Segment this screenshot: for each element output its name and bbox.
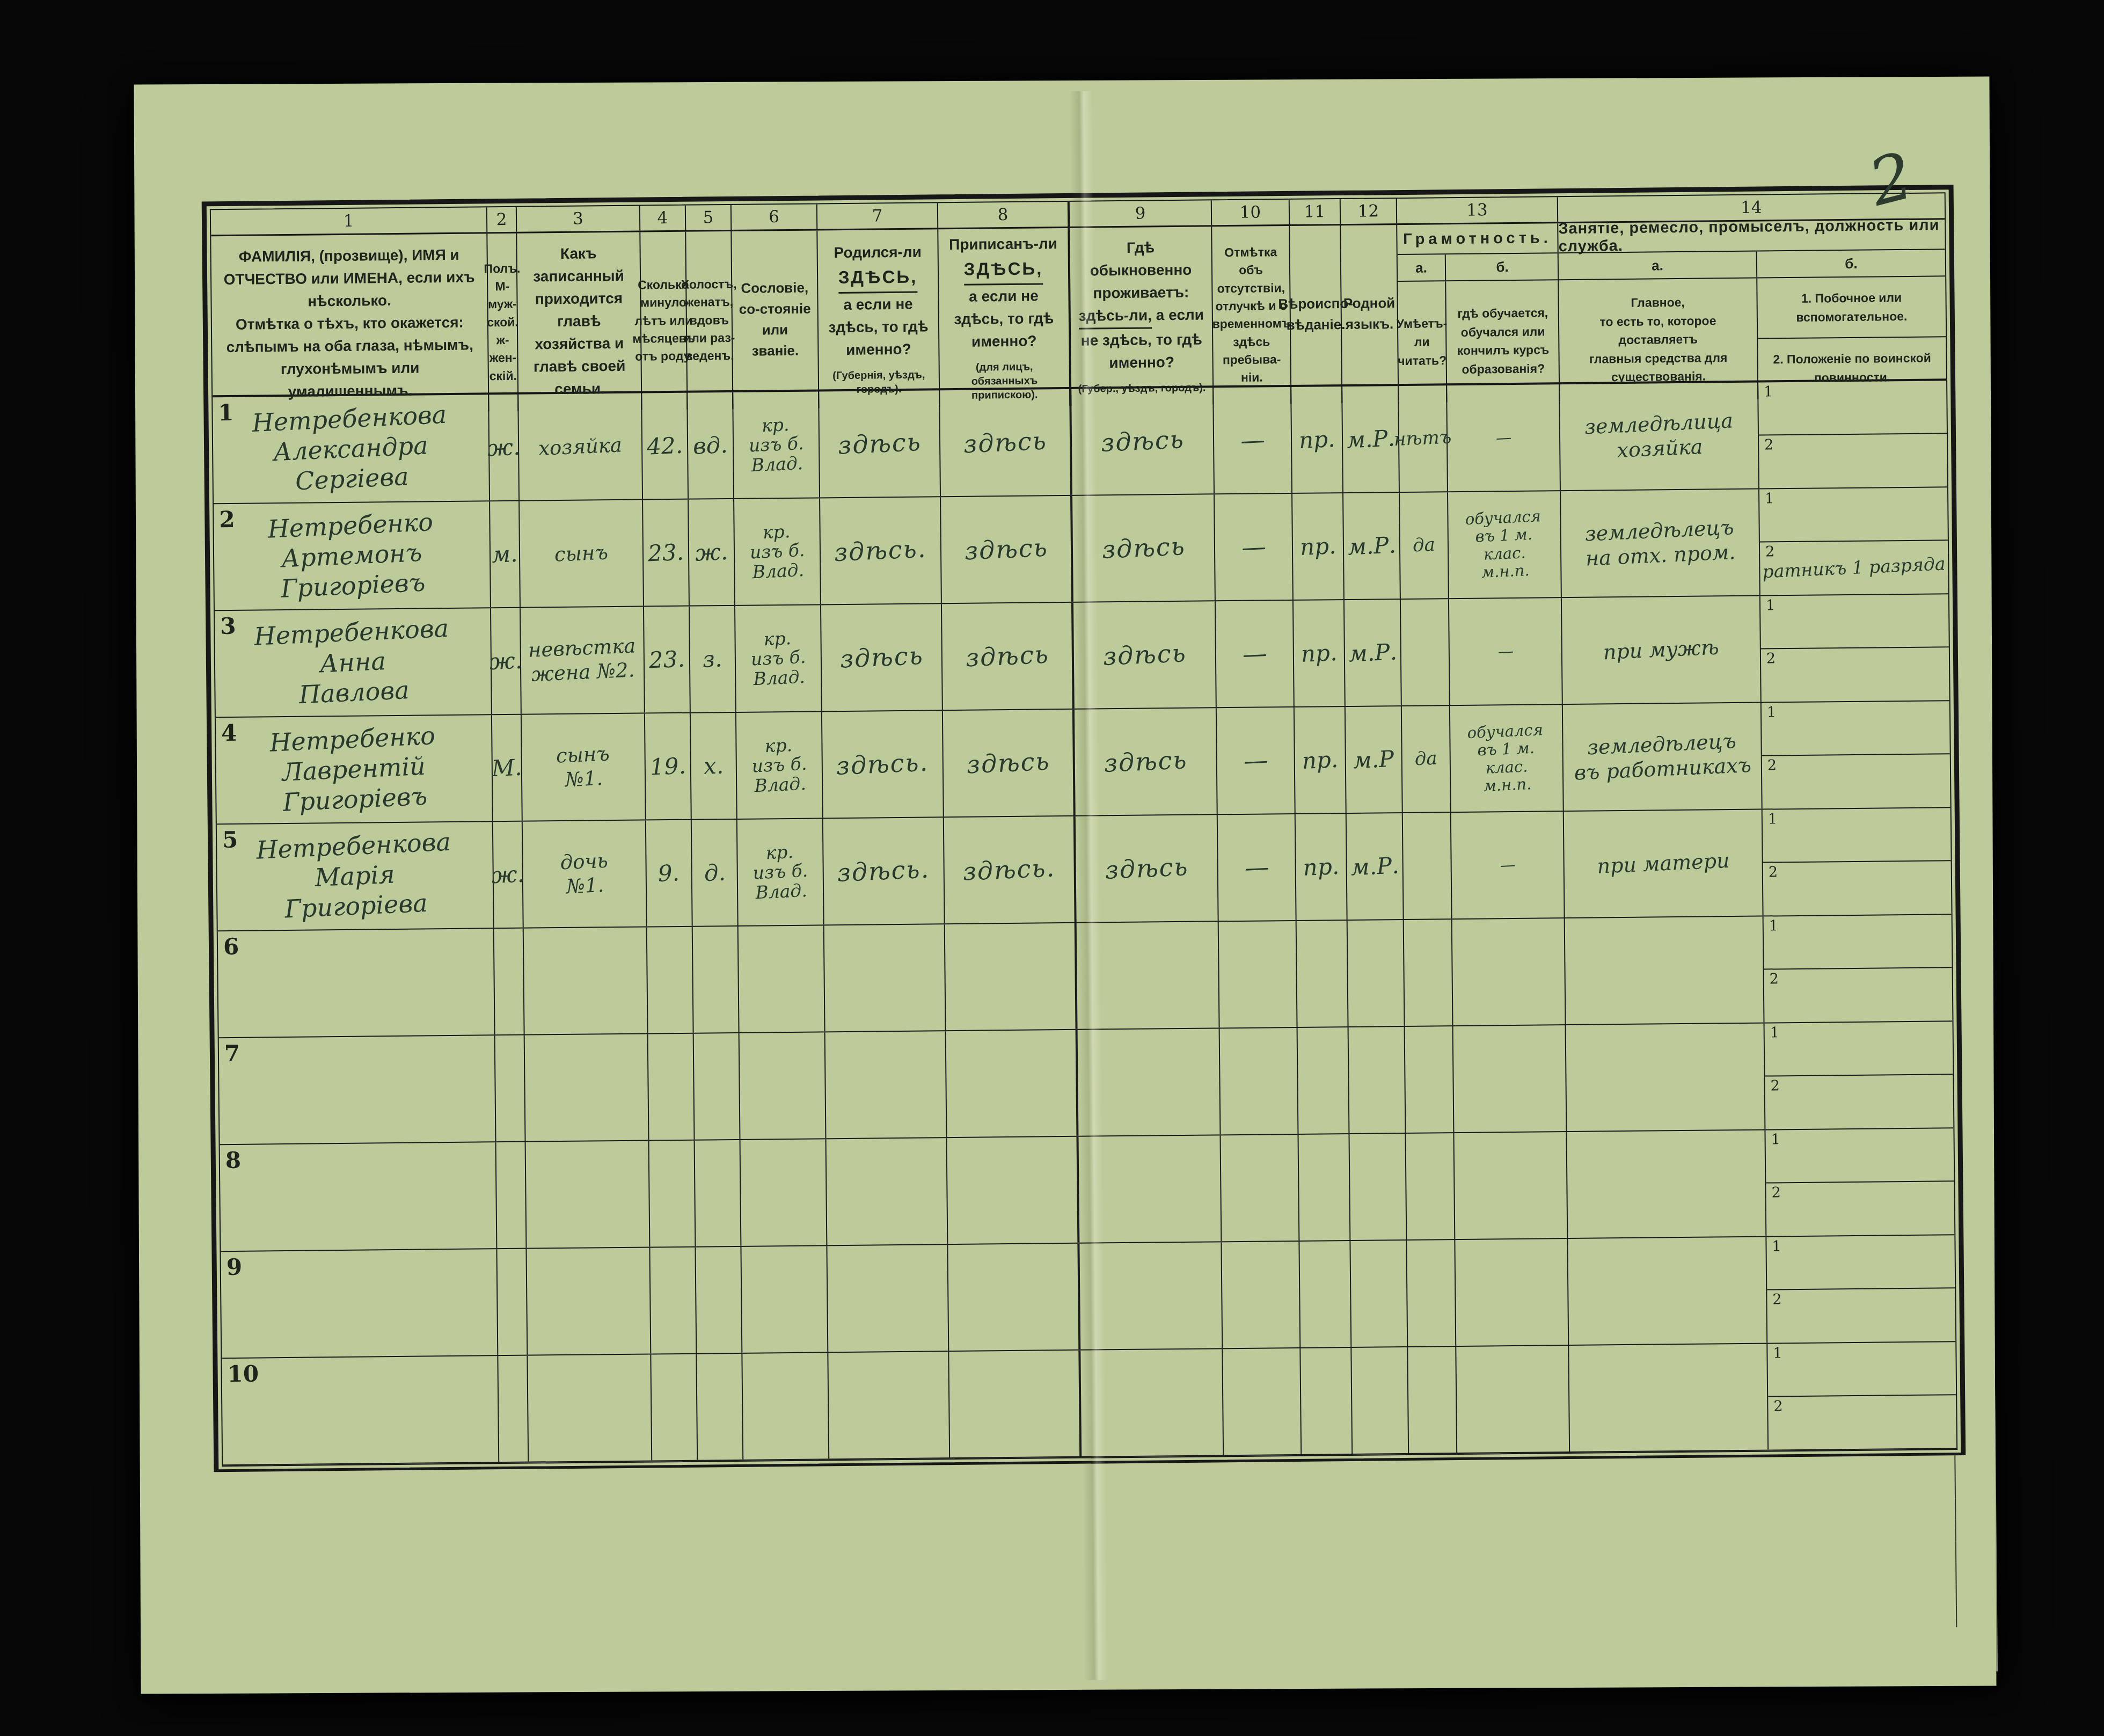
- cell-occupation-main: [1566, 1024, 1766, 1132]
- entry-registered: здѣсь: [966, 746, 1050, 780]
- cell-relation: [525, 1034, 649, 1141]
- entry-military: ратникъ 1 разряда: [1762, 553, 1946, 582]
- cell-literate: [1401, 599, 1450, 705]
- emphasized-word: здѣсь-ли,: [1079, 304, 1152, 330]
- military-status-subcell: 2: [1762, 754, 1950, 809]
- census-form-sheet: 2 1 2 3 4 5 6 7 8 9 10: [136, 83, 1998, 1689]
- entry-marital: з.: [702, 645, 723, 673]
- cell-occupation-main: земледѣлецъ на отх. пром.: [1561, 490, 1760, 597]
- military-status-subcell: 2: [1761, 647, 1949, 702]
- cell-absence: —: [1216, 601, 1295, 707]
- cell-resides: [1078, 1029, 1221, 1136]
- entry-education: —: [1499, 856, 1515, 874]
- table-body: 1 Нетребенкова Александра Сергіева ж. хо…: [213, 381, 1956, 1465]
- header-estate: Сословіе, со-стояніе или званіе.: [732, 230, 819, 409]
- table-inner: 1 2 3 4 5 6 7 8 9 10 11 12 13 14: [210, 192, 1957, 1467]
- entry-estate: кр. изъ б. Влад.: [749, 628, 807, 689]
- cell-sex: [494, 929, 525, 1035]
- military-status-subcell: 2: [1764, 968, 1953, 1023]
- entry-religion: пр.: [1301, 639, 1338, 668]
- cell-marital: х.: [691, 713, 737, 819]
- literacy-sublabel-b: б.: [1446, 253, 1559, 280]
- cell-name: 2 Нетребенко Артемонъ Григоріевъ: [214, 501, 491, 610]
- entry-sex: ж.: [491, 860, 525, 889]
- cell-estate: кр. изъ б. Влад.: [736, 712, 823, 819]
- cell-registered: здѣсь: [942, 603, 1075, 710]
- cell-name: 9: [221, 1249, 498, 1358]
- header-born: Родился-ли ЗДѢСЬ, а если не здѣсь, то гд…: [817, 229, 940, 408]
- cell-literate: нѣтъ: [1399, 385, 1448, 492]
- header-literacy-title: Грамотность.: [1397, 223, 1558, 255]
- cell-absence: [1221, 1135, 1299, 1241]
- cell-resides: здѣсь: [1071, 388, 1215, 495]
- cell-resides: [1078, 1135, 1222, 1243]
- cell-age: 42.: [642, 393, 689, 499]
- cell-age: 23.: [643, 500, 690, 606]
- entry-absence: —: [1240, 531, 1266, 563]
- table-row: 5 Нетребенкова Марія Григоріева ж. дочь …: [217, 808, 1952, 931]
- cell-registered: [949, 1351, 1082, 1457]
- cell-literate: да: [1402, 706, 1451, 812]
- cell-sex: [498, 1356, 529, 1462]
- entry-resides: здѣсь: [1100, 425, 1185, 458]
- cell-education: —: [1447, 384, 1561, 491]
- subcell-label-2: 2: [1764, 436, 1773, 453]
- subcell-label-2: 2: [1770, 971, 1779, 987]
- header-marital: Холостъ, женатъ, вдовъ или раз-веденъ.: [686, 231, 733, 409]
- cell-literate: [1408, 1347, 1457, 1453]
- cell-estate: [741, 1139, 828, 1246]
- entry-language: м.Р.: [1348, 638, 1397, 667]
- cell-religion: [1298, 1027, 1350, 1134]
- scan-background: 2 1 2 3 4 5 6 7 8 9 10: [0, 0, 2104, 1736]
- cell-name: 3 Нетребенкова Анна Павлова: [215, 608, 492, 717]
- cell-born: здѣсь.: [820, 497, 942, 604]
- cell-name: 5 Нетребенкова Марія Григоріева: [217, 822, 494, 930]
- entry-registered: здѣсь: [963, 426, 1048, 459]
- cell-born: здѣсь.: [822, 711, 944, 818]
- header-age: Сколько минуло лѣтъ или мѣсяцевъ отъ род…: [640, 232, 688, 410]
- occupation-sublabel-b: б.: [1757, 250, 1945, 277]
- cell-occupation-main: при матери: [1564, 810, 1764, 918]
- entry-age: 19.: [649, 752, 686, 781]
- row-number: 3: [220, 613, 236, 639]
- table-row: 1 Нетребенкова Александра Сергіева ж. хо…: [213, 381, 1947, 504]
- row-number: 7: [224, 1040, 240, 1067]
- cell-registered: [945, 923, 1078, 1030]
- entry-occupation-main: при матери: [1596, 848, 1730, 879]
- entry-occupation-main: земледѣлица хозяйка: [1584, 408, 1735, 464]
- entry-registered: здѣсь.: [962, 853, 1056, 887]
- col-number: 1: [211, 207, 487, 235]
- cell-resides: здѣсь: [1075, 708, 1218, 815]
- table-row: 9 1 2: [221, 1235, 1955, 1359]
- cell-sex: м.: [490, 501, 521, 608]
- cell-religion: пр.: [1295, 707, 1347, 813]
- table-outer-border: 1 2 3 4 5 6 7 8 9 10 11 12 13 14: [202, 185, 1966, 1472]
- cell-literate: [1403, 813, 1452, 919]
- cell-registered: [946, 1030, 1079, 1137]
- col-number: 8: [938, 202, 1070, 228]
- entry-estate: кр. изъ б. Влад.: [750, 735, 808, 796]
- cell-born: здѣсь: [821, 604, 943, 711]
- header-sex: Полъ. М-муж- ской. ж-жен- скій.: [487, 234, 518, 411]
- entry-born: здѣсь: [837, 427, 922, 461]
- col-number: 9: [1070, 200, 1212, 227]
- entry-name: Нетребенкова Марія Григоріева: [255, 827, 454, 925]
- cell-religion: [1301, 1348, 1353, 1454]
- subcell-label-1: 1: [1773, 1345, 1782, 1361]
- cell-relation: [524, 928, 648, 1034]
- cell-relation: дочь №1.: [523, 821, 647, 928]
- cell-literate: [1406, 1133, 1455, 1239]
- cell-name: 10: [222, 1356, 499, 1464]
- military-status-subcell: 2: [1768, 1395, 1956, 1450]
- cell-age: 9.: [646, 820, 693, 927]
- table-row: 3 Нетребенкова Анна Павлова ж. невѣстка …: [215, 594, 1949, 718]
- cell-absence: —: [1217, 707, 1296, 814]
- table-header-row: ФАМИЛІЯ, (прозвище), ИМЯ и ОТЧЕСТВО или …: [211, 220, 1946, 397]
- cell-education: —: [1449, 598, 1563, 705]
- cell-religion: пр.: [1296, 814, 1348, 920]
- cell-occupation-side: 1 2: [1767, 1342, 1956, 1449]
- row-number: 2: [219, 506, 235, 533]
- cell-estate: кр. изъ б. Влад.: [733, 391, 820, 498]
- emphasized-word: ЗДѢСЬ,: [963, 255, 1043, 285]
- header-language: Родной языкъ.: [1341, 225, 1399, 403]
- cell-relation: невѣстка жена №2.: [521, 607, 645, 714]
- cell-occupation-main: земледѣлица хозяйка: [1560, 383, 1759, 491]
- col-number: 6: [732, 204, 817, 230]
- cell-occupation-main: при мужѣ: [1562, 596, 1762, 704]
- cell-language: м.Р.: [1342, 386, 1400, 492]
- cell-age: 23.: [644, 607, 691, 713]
- entry-estate: кр. изъ б. Влад.: [751, 842, 809, 902]
- entry-occupation-main: при мужѣ: [1603, 635, 1719, 665]
- table-row: 6 1 2: [218, 915, 1953, 1038]
- census-table: 1 2 3 4 5 6 7 8 9 10 11 12 13 14: [202, 185, 1966, 1502]
- subcell-label-1: 1: [1765, 490, 1774, 507]
- cell-sex: ж.: [491, 608, 522, 714]
- subcell-label-2: 2: [1766, 650, 1776, 667]
- occupation-side-subcell: 1: [1765, 1128, 1954, 1183]
- cell-language: [1349, 1027, 1406, 1133]
- cell-language: [1350, 1241, 1408, 1347]
- cell-marital: з.: [690, 606, 736, 712]
- cell-age: [649, 1141, 696, 1247]
- cell-education: обучался въ 1 м. клас. м.н.п.: [1448, 491, 1562, 598]
- occupation-side-subcell: 1: [1764, 915, 1952, 969]
- col-number: 5: [686, 205, 732, 230]
- table-row: 8 1 2: [220, 1128, 1955, 1252]
- cell-religion: [1298, 1134, 1350, 1241]
- entry-education: обучался въ 1 м. клас. м.н.п.: [1467, 721, 1546, 796]
- cell-occupation-side: 1 2: [1766, 1235, 1955, 1343]
- cell-absence: [1219, 921, 1298, 1027]
- entry-occupation-main: земледѣлецъ въ работникахъ: [1573, 728, 1752, 785]
- cell-sex: [495, 1035, 526, 1142]
- cell-born: [825, 1031, 947, 1138]
- cell-occupation-side: 1 2 ратникъ 1 разряда: [1759, 487, 1948, 595]
- cell-literate: [1407, 1240, 1456, 1346]
- military-status-subcell: 2: [1765, 1075, 1953, 1129]
- cell-relation: сынъ: [520, 500, 644, 607]
- cell-marital: [695, 1140, 742, 1246]
- occupation-side-subcell: 1: [1760, 594, 1949, 649]
- cell-religion: [1299, 1241, 1351, 1347]
- cell-language: м.Р.: [1343, 493, 1401, 599]
- subcell-label-2: 2: [1771, 1184, 1780, 1201]
- entry-resides: здѣсь: [1103, 745, 1188, 779]
- entry-age: 9.: [657, 859, 680, 887]
- occupation-side-subcell: 1: [1759, 487, 1948, 542]
- military-status-subcell: 2: [1767, 1288, 1955, 1343]
- col-number: 2: [487, 207, 517, 232]
- cell-literate: [1404, 920, 1453, 1026]
- entry-religion: пр.: [1302, 852, 1340, 881]
- occupation-side-subcell: 1: [1767, 1342, 1956, 1397]
- cell-estate: [740, 1032, 827, 1139]
- cell-marital: д.: [692, 820, 739, 926]
- cell-born: [827, 1138, 948, 1245]
- entry-relation: дочь №1.: [559, 849, 609, 899]
- entry-resides: здѣсь: [1104, 852, 1189, 886]
- cell-name: 7: [219, 1035, 496, 1144]
- entry-resides: здѣсь: [1102, 638, 1187, 672]
- cell-registered: здѣсь.: [944, 816, 1077, 923]
- entry-religion: пр.: [1298, 425, 1336, 454]
- row-number: 5: [222, 827, 238, 853]
- entry-sex: ж.: [489, 647, 523, 676]
- entry-language: м.Р.: [1350, 851, 1399, 881]
- col-number: 4: [640, 206, 686, 231]
- cell-absence: [1220, 1028, 1299, 1134]
- cell-occupation-side: 1 2: [1764, 915, 1953, 1022]
- cell-marital: вд.: [688, 392, 734, 499]
- row-number: 4: [221, 720, 237, 746]
- subcell-label-2: 2: [1767, 757, 1777, 774]
- cell-estate: кр. изъ б. Влад.: [735, 605, 822, 712]
- cell-education: [1454, 1132, 1568, 1239]
- cell-age: [651, 1354, 698, 1461]
- cell-marital: [696, 1247, 742, 1353]
- cell-born: [824, 924, 946, 1031]
- cell-education: обучался въ 1 м. клас. м.н.п.: [1450, 705, 1564, 812]
- military-status-subcell: 2: [1763, 861, 1952, 916]
- entry-born: здѣсь.: [836, 747, 930, 782]
- cell-estate: [741, 1246, 828, 1353]
- entry-occupation-main: земледѣлецъ на отх. пром.: [1584, 515, 1736, 571]
- entry-name: Нетребенкова Александра Сергіева: [252, 399, 450, 498]
- emphasized-word: ЗДѢСЬ,: [838, 264, 918, 294]
- cell-resides: здѣсь: [1076, 815, 1219, 922]
- subcell-label-2: 2: [1772, 1291, 1781, 1308]
- cell-resides: [1080, 1349, 1224, 1456]
- cell-registered: здѣсь: [943, 710, 1076, 816]
- cell-relation: [528, 1354, 652, 1461]
- header-religion: Вѣроиспо- вѣданіе.: [1290, 225, 1342, 403]
- occupation-sublabel-a: а.: [1559, 252, 1757, 280]
- cell-relation: [526, 1141, 651, 1248]
- entry-education: обучался въ 1 м. клас. м.н.п.: [1465, 507, 1544, 582]
- entry-marital: ж.: [695, 538, 728, 567]
- header-occupation-title: Занятіе, ремесло, промыселъ, должность и…: [1558, 220, 1945, 253]
- cell-resides: здѣсь: [1073, 601, 1217, 709]
- cell-literate: да: [1400, 492, 1449, 599]
- header-registered: Приписанъ-ли ЗДѢСЬ, а если не здѣсь, то …: [938, 228, 1071, 407]
- entry-literate: да: [1412, 534, 1436, 557]
- header-occupation-sublabels: а. б.: [1559, 250, 1945, 280]
- cell-name: 8: [220, 1142, 498, 1251]
- header-name: ФАМИЛІЯ, (прозвище), ИМЯ и ОТЧЕСТВО или …: [211, 234, 489, 413]
- cell-sex: [497, 1249, 528, 1355]
- cell-estate: кр. изъ б. Влад.: [737, 819, 824, 925]
- occupation-side-subcell: 1: [1758, 381, 1947, 435]
- cell-marital: [694, 1033, 741, 1140]
- table-row: 7 1 2: [219, 1022, 1954, 1145]
- entry-language: м.Р: [1353, 745, 1395, 775]
- entry-born: здѣсь.: [837, 854, 931, 888]
- cell-relation: хозяйка: [518, 393, 643, 500]
- cell-sex: ж.: [489, 395, 520, 501]
- cell-occupation-side: 1 2: [1762, 701, 1950, 808]
- literacy-sublabel-a: а.: [1398, 254, 1446, 281]
- cell-occupation-main: [1565, 917, 1765, 1025]
- table-row: 2 Нетребенко Артемонъ Григоріевъ м. сынъ…: [214, 487, 1948, 611]
- cell-born: [828, 1352, 950, 1458]
- cell-religion: пр.: [1291, 386, 1343, 493]
- military-status-subcell: 2: [1759, 434, 1947, 488]
- cell-religion: пр.: [1292, 493, 1345, 600]
- entry-education: —: [1497, 642, 1514, 661]
- cell-resides: [1079, 1242, 1223, 1350]
- cell-registered: здѣсь: [940, 389, 1072, 496]
- entry-sex: ж.: [487, 433, 521, 462]
- cell-language: [1349, 1134, 1407, 1240]
- cell-born: [827, 1245, 949, 1352]
- cell-registered: [948, 1244, 1080, 1351]
- cell-occupation-main: [1568, 1237, 1767, 1345]
- entry-sex: м.: [491, 540, 518, 568]
- entry-name: Нетребенко Артемонъ Григоріевъ: [267, 507, 437, 604]
- cell-occupation-side: 1 2: [1758, 381, 1947, 488]
- header-occupation-group: Занятіе, ремесло, промыселъ, должность и…: [1558, 220, 1946, 400]
- subcell-label-1: 1: [1764, 383, 1773, 400]
- entry-marital: д.: [703, 858, 726, 887]
- occupation-side-subcell: 1: [1763, 808, 1951, 863]
- cell-estate: кр. изъ б. Влад.: [734, 498, 821, 605]
- header-resides: Гдѣ обыкновенно проживаетъ: здѣсь-ли, а …: [1070, 227, 1214, 405]
- row-number: 9: [227, 1254, 243, 1280]
- cell-language: м.Р: [1346, 706, 1403, 813]
- cell-absence: [1223, 1348, 1302, 1455]
- row-number: 1: [218, 399, 234, 426]
- entry-resides: здѣсь: [1101, 531, 1186, 565]
- cell-age: 19.: [645, 713, 692, 820]
- cell-absence: [1222, 1242, 1301, 1348]
- header-occupation-b1: 1. Побочное или вспомогательное.: [1757, 276, 1946, 339]
- cell-age: [650, 1248, 697, 1354]
- subcell-label-1: 1: [1767, 704, 1776, 720]
- cell-resides: здѣсь: [1072, 494, 1216, 602]
- cell-name: 1 Нетребенкова Александра Сергіева: [213, 395, 490, 503]
- entry-name: Нетребенко Лаврентій Григоріевъ: [269, 720, 439, 818]
- col-number: 12: [1341, 199, 1397, 224]
- occupation-side-subcell: 1: [1762, 701, 1950, 756]
- entry-relation: хозяйка: [538, 433, 623, 461]
- entry-registered: здѣсь: [963, 533, 1048, 566]
- entry-name: Нетребенкова Анна Павлова: [254, 613, 452, 712]
- cell-registered: [947, 1137, 1080, 1244]
- entry-born: здѣсь.: [834, 534, 927, 568]
- header-relation: Какъ записанный приходится главѣ хозяйст…: [517, 232, 642, 411]
- table-row: 4 Нетребенко Лаврентій Григоріевъ М. сын…: [216, 701, 1950, 825]
- table-row: 10 1 2: [222, 1342, 1956, 1465]
- cell-religion: [1297, 921, 1349, 1027]
- cell-born: здѣсь: [819, 390, 941, 497]
- entry-relation: сынъ: [554, 540, 609, 567]
- cell-estate: [742, 1353, 829, 1460]
- entry-religion: пр.: [1302, 746, 1339, 775]
- occupation-side-subcell: 1: [1765, 1022, 1953, 1076]
- cell-language: м.Р.: [1345, 600, 1402, 706]
- entry-age: 23.: [647, 538, 684, 567]
- cell-language: [1348, 920, 1405, 1026]
- cell-language: [1351, 1347, 1409, 1454]
- cell-name: 4 Нетребенко Лаврентій Григоріевъ: [216, 715, 493, 823]
- cell-sex: ж.: [493, 822, 524, 928]
- entry-marital: х.: [703, 752, 724, 780]
- entry-registered: здѣсь: [965, 639, 1049, 673]
- cell-occupation-main: земледѣлецъ въ работникахъ: [1563, 703, 1763, 811]
- entry-literate: да: [1414, 747, 1438, 770]
- header-literacy-sublabels: а. б.: [1398, 253, 1558, 282]
- cell-occupation-side: 1 2: [1763, 808, 1952, 915]
- entry-estate: кр. изъ б. Влад.: [748, 521, 806, 582]
- header-literacy-group: Грамотность. а. б. Умѣетъ- ли читать? гд…: [1397, 223, 1560, 402]
- cell-occupation-side: 1 2: [1765, 1128, 1954, 1236]
- cell-marital: ж.: [689, 499, 735, 606]
- cell-resides: [1077, 922, 1220, 1029]
- entry-absence: —: [1241, 638, 1267, 669]
- cell-education: [1453, 1025, 1567, 1132]
- cell-education: —: [1451, 812, 1565, 918]
- header-literacy-b: гдѣ обучается, обучался или кончилъ курс…: [1446, 280, 1560, 402]
- cell-marital: [693, 927, 740, 1033]
- cell-born: здѣсь.: [823, 818, 945, 924]
- cell-occupation-main: [1567, 1130, 1766, 1238]
- entry-relation: невѣстка жена №2.: [528, 634, 637, 687]
- subcell-label-2: 2: [1769, 864, 1778, 880]
- entry-religion: пр.: [1299, 532, 1337, 561]
- col-number: 7: [817, 203, 938, 229]
- cell-sex: [496, 1142, 527, 1249]
- cell-occupation-side: 1 2: [1765, 1022, 1954, 1129]
- cell-relation: сынъ №1.: [522, 714, 646, 821]
- cell-sex: М.: [492, 715, 523, 821]
- cell-education: [1456, 1346, 1570, 1453]
- cell-name: 6: [218, 929, 495, 1037]
- cell-religion: пр.: [1294, 600, 1346, 706]
- subcell-label-1: 1: [1769, 917, 1778, 934]
- cell-age: [648, 1034, 695, 1140]
- entry-relation: сынъ №1.: [556, 742, 611, 793]
- col-number: 11: [1290, 199, 1341, 224]
- cell-language: м.Р.: [1347, 813, 1404, 920]
- entry-marital: вд.: [692, 431, 728, 460]
- cell-absence: —: [1215, 494, 1294, 600]
- col-number: 10: [1212, 200, 1290, 225]
